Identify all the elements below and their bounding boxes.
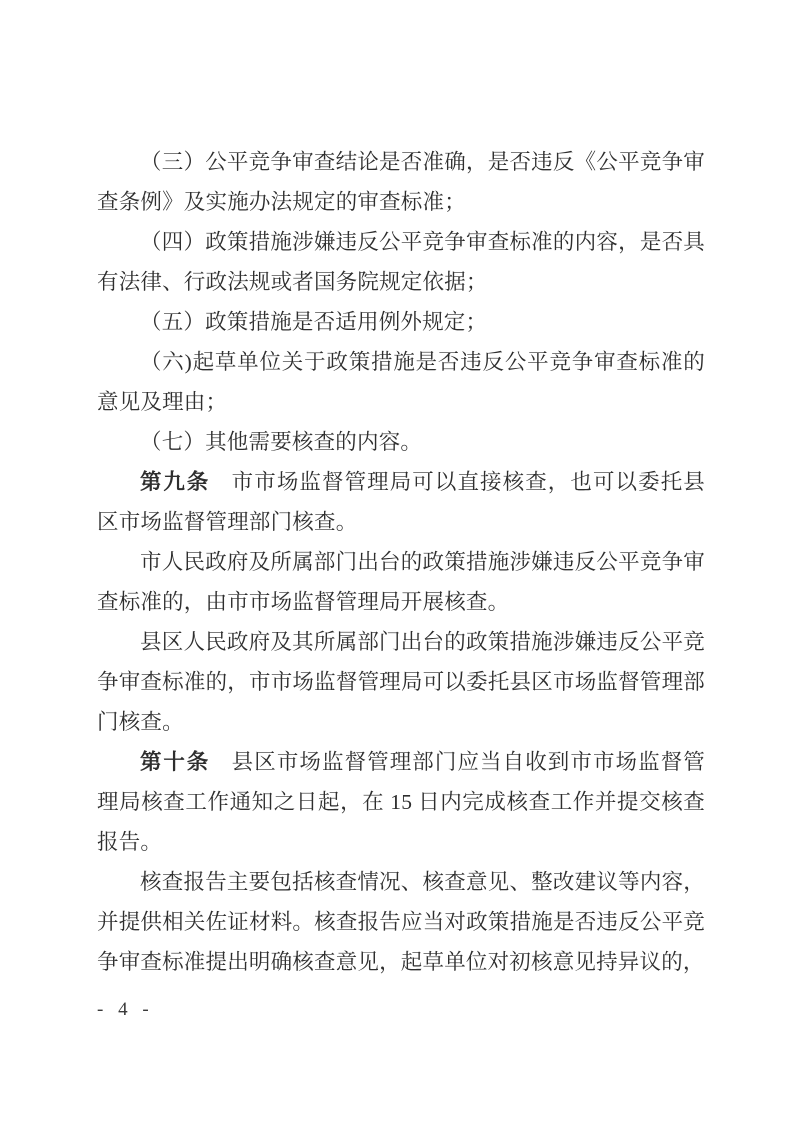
body-paragraph: 市人民政府及所属部门出台的政策措施涉嫌违反公平竞争审查标准的，由市市场监督管理局…: [97, 542, 705, 622]
article-number: 第九条: [140, 470, 210, 494]
body-paragraph: （六)起草单位关于政策措施是否违反公平竞争审查标准的意见及理由；: [97, 342, 705, 422]
body-paragraph: （三）公平竞争审查结论是否准确，是否违反《公平竞争审查条例》及实施办法规定的审查…: [97, 142, 705, 222]
body-paragraph: （五）政策措施是否适用例外规定；: [97, 302, 705, 342]
body-paragraph: （四）政策措施涉嫌违反公平竞争审查标准的内容，是否具有法律、行政法规或者国务院规…: [97, 222, 705, 302]
document-page: （三）公平竞争审查结论是否准确，是否违反《公平竞争审查条例》及实施办法规定的审查…: [0, 0, 793, 1122]
article-number: 第十条: [140, 750, 210, 774]
page-number: - 4 -: [97, 998, 154, 1022]
article-paragraph: 第九条市市场监督管理局可以直接核查，也可以委托县区市场监督管理部门核查。: [97, 462, 705, 542]
body-paragraph: 县区人民政府及其所属部门出台的政策措施涉嫌违反公平竞争审查标准的，市市场监督管理…: [97, 622, 705, 742]
document-body: （三）公平竞争审查结论是否准确，是否违反《公平竞争审查条例》及实施办法规定的审查…: [97, 142, 705, 982]
body-paragraph: （七）其他需要核查的内容。: [97, 422, 705, 462]
article-paragraph: 第十条县区市场监督管理部门应当自收到市市场监督管理局核查工作通知之日起，在 15…: [97, 742, 705, 862]
body-paragraph: 核查报告主要包括核查情况、核查意见、整改建议等内容，并提供相关佐证材料。核查报告…: [97, 862, 705, 982]
